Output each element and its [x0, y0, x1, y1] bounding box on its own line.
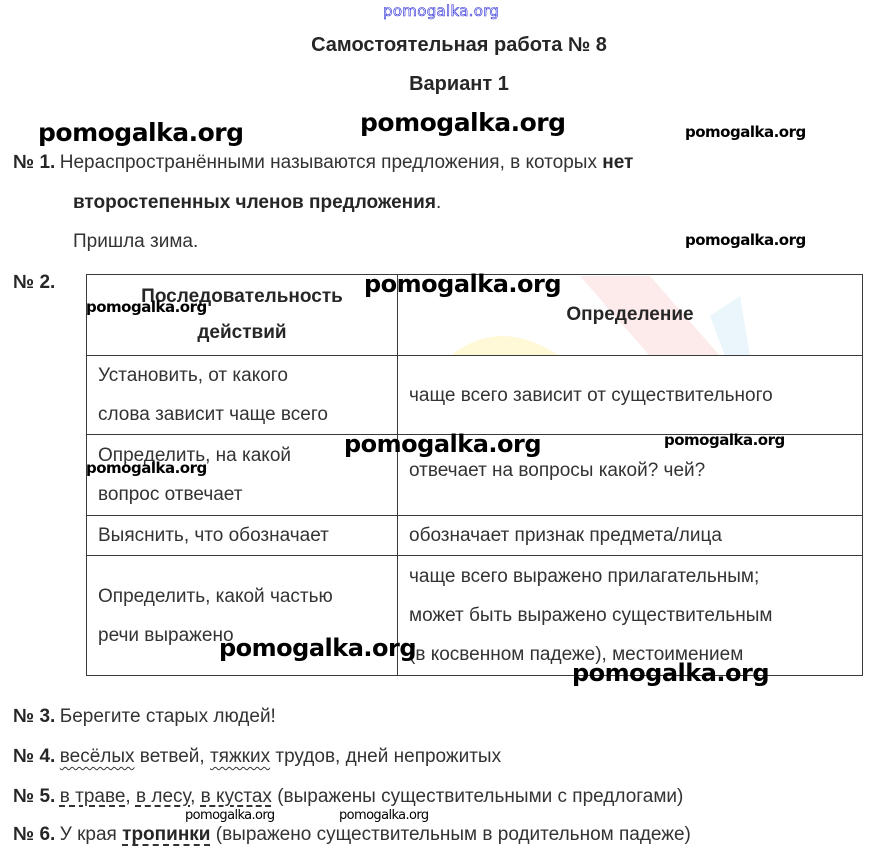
watermark: pomogalka.org	[86, 298, 207, 316]
watermark: pomogalka.org	[685, 231, 806, 249]
task-5-sep: ,	[190, 786, 201, 807]
table-row: Установить, от какого слова зависит чаще…	[87, 356, 863, 435]
watermark: pomogalka.org	[344, 430, 541, 458]
table-row: Выяснить, что обозначает обозначает приз…	[87, 516, 863, 556]
task-1-number: № 1.	[13, 152, 55, 173]
task-5-sep: ,	[125, 786, 136, 807]
site-watermark-top[interactable]: pomogalka.org	[383, 2, 499, 20]
watermark: pomogalka.org	[86, 459, 207, 477]
watermark: pomogalka.org	[685, 123, 806, 141]
task-6-number: № 6.	[13, 824, 55, 845]
definition-cell: чаще всего выражено прилагательным; може…	[398, 556, 863, 676]
task-1-example: Пришла зима.	[73, 231, 198, 253]
watermark: pomogalka.org	[664, 431, 785, 449]
task-1-bold-1: нет	[602, 152, 633, 173]
cell-line: может быть выражено существительным	[409, 596, 862, 635]
cell-line: Определить, какой частью	[98, 577, 397, 616]
watermark: pomogalka.org	[364, 270, 561, 298]
column-header-actions-line-2: действий	[87, 319, 397, 347]
task-6: № 6. У края тропинки (выражено существит…	[13, 824, 691, 846]
cell-line: обозначает признак предмета/лица	[409, 516, 862, 555]
task-3-number: № 3.	[13, 706, 55, 727]
task-6-text-before: У края	[60, 824, 122, 845]
table-row: Определить, какой частью речи выражено ч…	[87, 556, 863, 676]
variant-title: Вариант 1	[0, 73, 879, 96]
watermark: pomogalka.org	[219, 634, 416, 662]
task-6-rest: (выражено существительным в родительном …	[210, 824, 690, 845]
task-4-word-1: весёлых	[60, 746, 135, 767]
task-4-number: № 4.	[13, 746, 55, 767]
definition-cell: обозначает признак предмета/лица	[398, 516, 863, 556]
task-2-number: № 2.	[13, 272, 55, 294]
task-1-line-2: второстепенных членов предложения.	[73, 192, 441, 214]
cell-line: чаще всего зависит от существительного	[409, 376, 862, 415]
cell-line: слова зависит чаще всего	[98, 395, 397, 434]
action-cell: Установить, от какого слова зависит чаще…	[87, 356, 398, 435]
task-1-text: Нераспространёнными называются предложен…	[60, 152, 602, 173]
definition-cell: чаще всего зависит от существительного	[398, 356, 863, 435]
watermark: pomogalka.org	[339, 808, 429, 823]
task-5-number: № 5.	[13, 786, 55, 807]
task-4-text-1: ветвей,	[135, 746, 210, 767]
action-cell: Выяснить, что обозначает	[87, 516, 398, 556]
page-title: Самостоятельная работа № 8	[0, 34, 879, 57]
task-5: № 5. в траве, в лесу, в кустах (выражены…	[13, 786, 683, 808]
task-1-period: .	[436, 192, 441, 213]
task-1-bold-2: второстепенных членов предложения	[73, 192, 436, 213]
watermark: pomogalka.org	[572, 659, 769, 687]
task-4-text-2: трудов, дней непрожитых	[270, 746, 501, 767]
task-5-rest: (выражены существительными с предлогами)	[272, 786, 683, 807]
watermark: pomogalka.org	[360, 108, 566, 137]
task-4-word-2: тяжких	[210, 746, 270, 767]
cell-line: вопрос отвечает	[98, 475, 397, 514]
watermark: pomogalka.org	[38, 118, 244, 147]
cell-line: Установить, от какого	[98, 356, 397, 395]
task-6-word: тропинки	[122, 824, 210, 845]
task-5-phrase-1: в траве	[60, 786, 126, 807]
cell-line: чаще всего выражено прилагательным;	[409, 557, 862, 596]
task-5-phrase-3: в кустах	[201, 786, 272, 807]
task-3: № 3. Берегите старых людей!	[13, 706, 276, 728]
task-1-line-1: № 1. Нераспространёнными называются пред…	[13, 152, 633, 174]
task-3-text: Берегите старых людей!	[60, 706, 276, 727]
watermark: pomogalka.org	[185, 808, 275, 823]
task-5-phrase-2: в лесу	[136, 786, 190, 807]
task-4: № 4. весёлых ветвей, тяжких трудов, дней…	[13, 746, 501, 768]
cell-line: Выяснить, что обозначает	[98, 516, 397, 555]
